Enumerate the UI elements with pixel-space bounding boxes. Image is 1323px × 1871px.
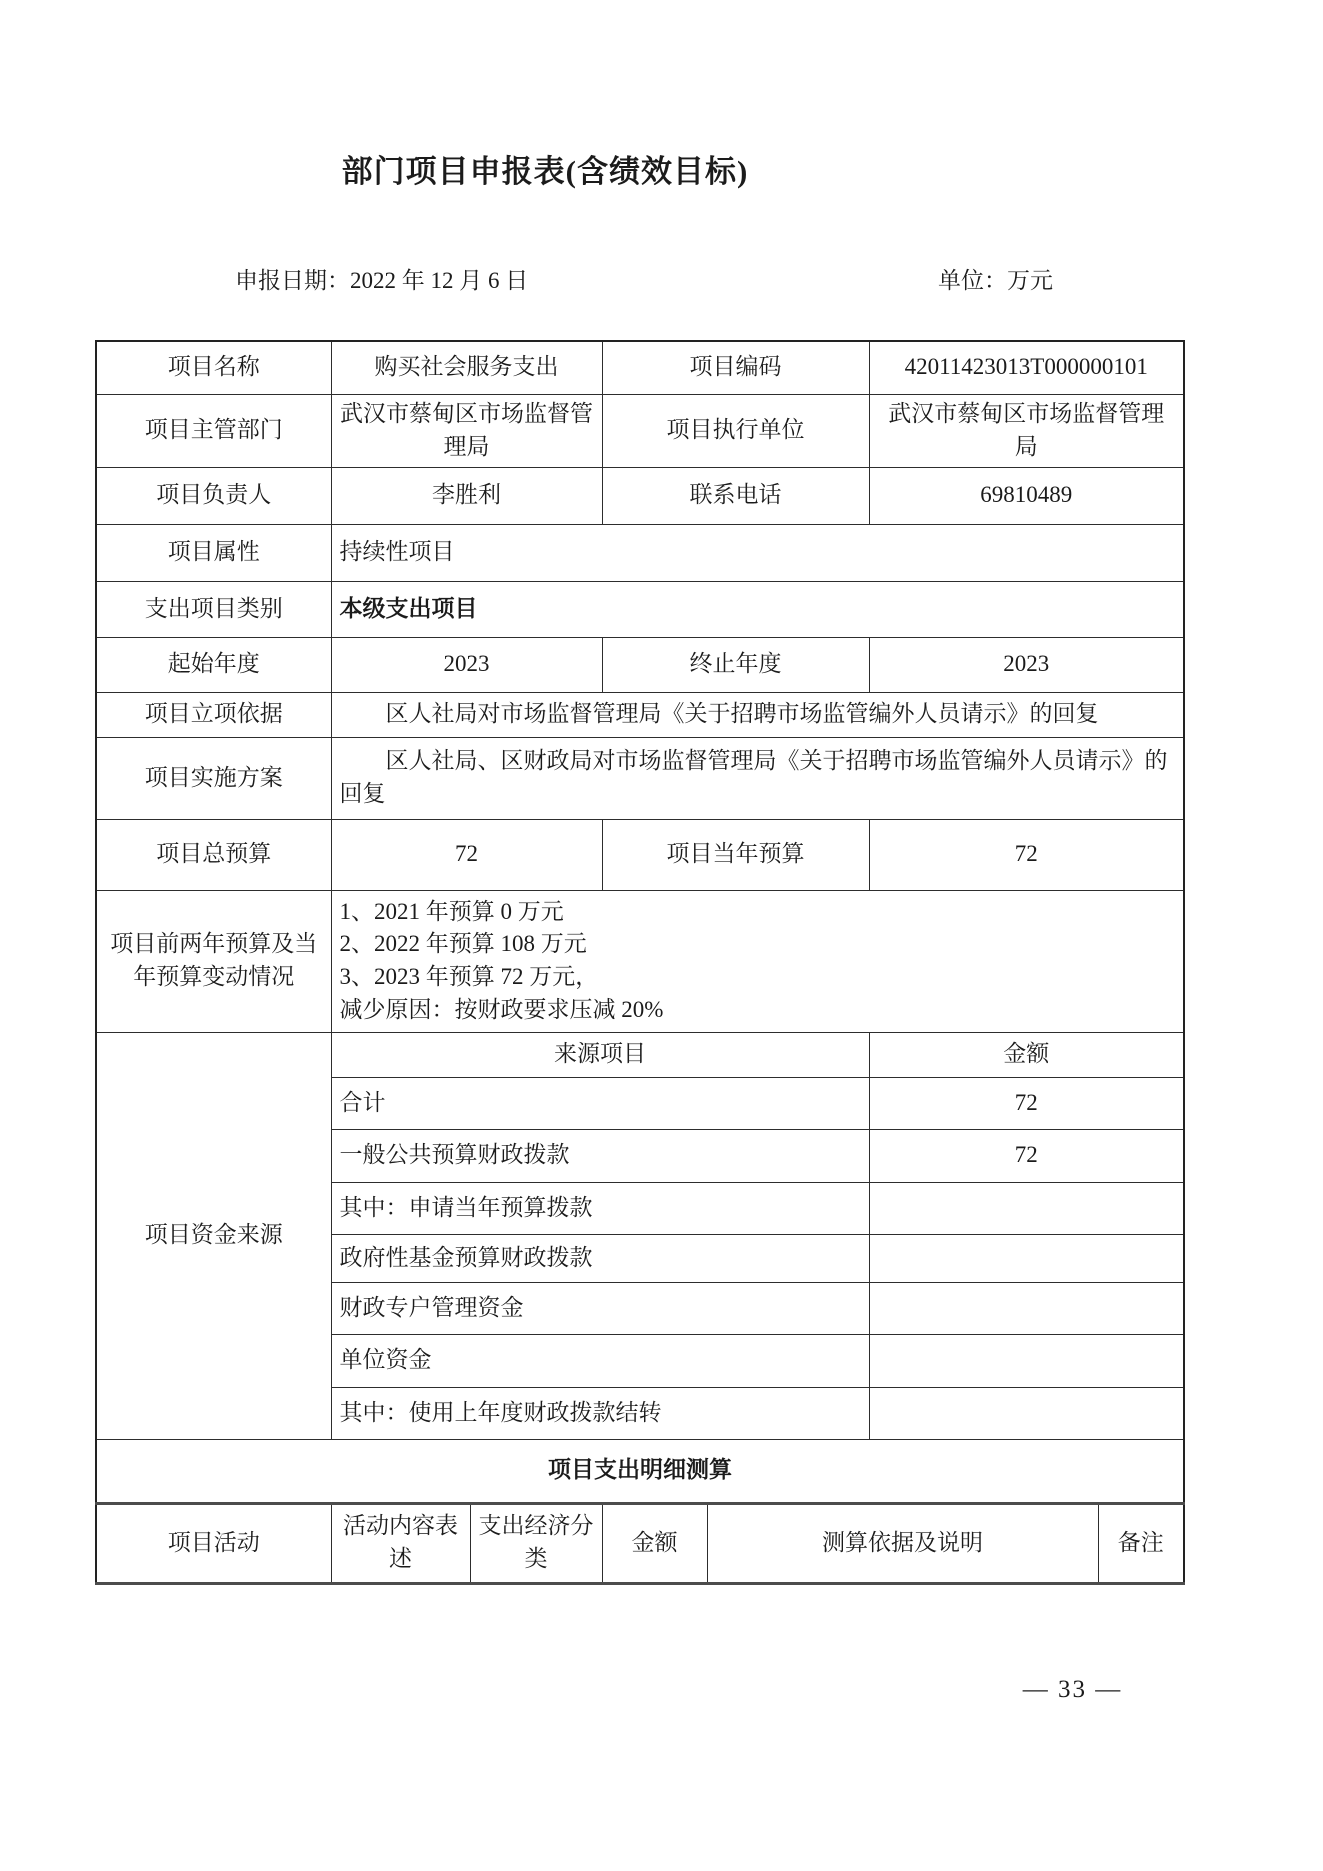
row-budget: 项目总预算 72 项目当年预算 72 xyxy=(96,819,1184,890)
implementation-plan-value: 区人社局、区财政局对市场监督管理局《关于招聘市场监管编外人员请示》的回复 xyxy=(331,737,1184,819)
detail-col-economic-class: 支出经济分类 xyxy=(470,1503,602,1583)
detail-col-calc-basis: 测算依据及说明 xyxy=(707,1503,1098,1583)
budget-history-value: 1、2021 年预算 0 万元 2、2022 年预算 108 万元 3、2023… xyxy=(331,890,1184,1032)
project-code-value: 42011423013T000000101 xyxy=(869,341,1184,394)
implementation-plan-label: 项目实施方案 xyxy=(96,737,331,819)
supervisor-dept-label: 项目主管部门 xyxy=(96,394,331,467)
project-leader-label: 项目负责人 xyxy=(96,467,331,524)
contact-phone-value: 69810489 xyxy=(869,467,1184,524)
executing-unit-label: 项目执行单位 xyxy=(602,394,869,467)
row-years: 起始年度 2023 终止年度 2023 xyxy=(96,637,1184,692)
project-attribute-value: 持续性项目 xyxy=(331,524,1184,581)
detail-col-activity: 项目活动 xyxy=(96,1503,331,1583)
row-supervisor-dept: 项目主管部门 武汉市蔡甸区市场监督管理局 项目执行单位 武汉市蔡甸区市场监督管理… xyxy=(96,394,1184,467)
funding-item-name: 其中：申请当年预算拨款 xyxy=(331,1182,869,1234)
row-approval-basis: 项目立项依据 区人社局对市场监督管理局《关于招聘市场监管编外人员请示》的回复 xyxy=(96,692,1184,737)
funding-item-name: 其中：使用上年度财政拨款结转 xyxy=(331,1387,869,1439)
funding-item-name: 政府性基金预算财政拨款 xyxy=(331,1234,869,1282)
contact-phone-label: 联系电话 xyxy=(602,467,869,524)
page-number: — 33 — xyxy=(955,1676,1190,1704)
funding-col-source: 来源项目 xyxy=(331,1032,869,1077)
current-year-budget-label: 项目当年预算 xyxy=(602,819,869,890)
row-project-attribute: 项目属性 持续性项目 xyxy=(96,524,1184,581)
funding-col-amount: 金额 xyxy=(869,1032,1184,1077)
total-budget-value: 72 xyxy=(331,819,602,890)
application-form-table: 项目名称 购买社会服务支出 项目编码 42011423013T000000101… xyxy=(95,340,1185,1585)
project-attribute-label: 项目属性 xyxy=(96,524,331,581)
row-expense-category: 支出项目类别 本级支出项目 xyxy=(96,581,1184,637)
total-budget-label: 项目总预算 xyxy=(96,819,331,890)
funding-item-amount xyxy=(869,1234,1184,1282)
detail-section-title: 项目支出明细测算 xyxy=(96,1439,1184,1503)
page-title: 部门项目申报表(含绩效目标) xyxy=(95,146,995,191)
approval-basis-label: 项目立项依据 xyxy=(96,692,331,737)
budget-history-line-1: 1、2021 年预算 0 万元 xyxy=(340,896,1176,929)
supervisor-dept-value: 武汉市蔡甸区市场监督管理局 xyxy=(331,394,602,467)
funding-item-name: 合计 xyxy=(331,1077,869,1129)
funding-source-label: 项目资金来源 xyxy=(96,1032,331,1439)
funding-item-name: 一般公共预算财政拨款 xyxy=(331,1129,869,1182)
start-year-label: 起始年度 xyxy=(96,637,331,692)
detail-col-amount: 金额 xyxy=(602,1503,707,1583)
end-year-value: 2023 xyxy=(869,637,1184,692)
project-leader-value: 李胜利 xyxy=(331,467,602,524)
funding-item-name: 财政专户管理资金 xyxy=(331,1282,869,1334)
row-detail-section-title: 项目支出明细测算 xyxy=(96,1439,1184,1503)
start-year-value: 2023 xyxy=(331,637,602,692)
budget-history-line-3: 3、2023 年预算 72 万元， xyxy=(340,961,1176,994)
current-year-budget-value: 72 xyxy=(869,819,1184,890)
project-name-value: 购买社会服务支出 xyxy=(331,341,602,394)
funding-item-amount: 72 xyxy=(869,1077,1184,1129)
unit-label: 单位：万元 xyxy=(938,262,1053,295)
row-implementation-plan: 项目实施方案 区人社局、区财政局对市场监督管理局《关于招聘市场监管编外人员请示》… xyxy=(96,737,1184,819)
funding-item-amount: 72 xyxy=(869,1129,1184,1182)
budget-history-line-4: 减少原因：按财政要求压减 20% xyxy=(340,994,1176,1027)
detail-col-remarks: 备注 xyxy=(1098,1503,1184,1583)
document-page: 部门项目申报表(含绩效目标) 申报日期：2022 年 12 月 6 日 单位：万… xyxy=(0,0,1323,1871)
row-detail-columns: 项目活动 活动内容表述 支出经济分类 金额 测算依据及说明 备注 xyxy=(96,1503,1184,1583)
funding-item-amount xyxy=(869,1387,1184,1439)
project-code-label: 项目编码 xyxy=(602,341,869,394)
budget-history-line-2: 2、2022 年预算 108 万元 xyxy=(340,928,1176,961)
funding-item-name: 单位资金 xyxy=(331,1334,869,1387)
expense-category-value: 本级支出项目 xyxy=(331,581,1184,637)
budget-history-label: 项目前两年预算及当年预算变动情况 xyxy=(96,890,331,1032)
funding-item-amount xyxy=(869,1334,1184,1387)
project-name-label: 项目名称 xyxy=(96,341,331,394)
row-budget-history: 项目前两年预算及当年预算变动情况 1、2021 年预算 0 万元 2、2022 … xyxy=(96,890,1184,1032)
detail-col-activity-desc: 活动内容表述 xyxy=(331,1503,470,1583)
report-date: 申报日期：2022 年 12 月 6 日 xyxy=(235,262,528,295)
executing-unit-value: 武汉市蔡甸区市场监督管理局 xyxy=(869,394,1184,467)
funding-item-amount xyxy=(869,1282,1184,1334)
row-project-name: 项目名称 购买社会服务支出 项目编码 42011423013T000000101 xyxy=(96,341,1184,394)
row-funding-header: 项目资金来源 来源项目 金额 xyxy=(96,1032,1184,1077)
approval-basis-value: 区人社局对市场监督管理局《关于招聘市场监管编外人员请示》的回复 xyxy=(331,692,1184,737)
row-project-leader: 项目负责人 李胜利 联系电话 69810489 xyxy=(96,467,1184,524)
expense-category-label: 支出项目类别 xyxy=(96,581,331,637)
end-year-label: 终止年度 xyxy=(602,637,869,692)
funding-item-amount xyxy=(869,1182,1184,1234)
